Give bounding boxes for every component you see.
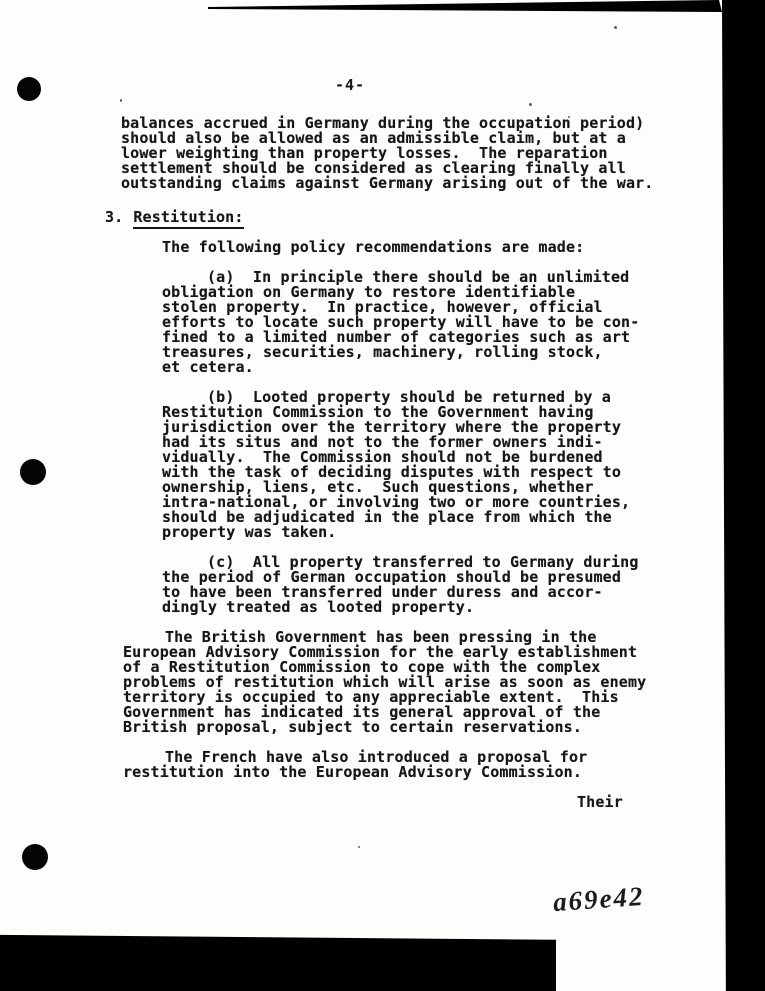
scan-edge-right (722, 0, 765, 991)
punch-hole-bottom (22, 844, 48, 870)
page-number: -4- (0, 76, 700, 94)
policy-intro: The following policy recommendations are… (162, 240, 665, 255)
scan-edge-bottom (0, 930, 556, 991)
scan-speck (614, 26, 617, 29)
paragraph-french-proposal: The French have also introduced a propos… (123, 750, 665, 780)
document-page: -4- balances accrued in Germany during t… (0, 0, 765, 991)
item-a: (a) In principle there should be an unli… (162, 270, 665, 375)
section-number: 3. (105, 208, 123, 226)
scan-speck (529, 103, 532, 106)
handwritten-code: a69e42 (552, 881, 645, 918)
paragraph-british-government: The British Government has been pressing… (123, 630, 665, 735)
section-heading: 3.Restitution: (105, 210, 665, 225)
item-b: (b) Looted property should be returned b… (162, 390, 665, 540)
paragraph-continuation: balances accrued in Germany during the o… (121, 116, 665, 191)
item-c: (c) All property transferred to Germany … (162, 555, 665, 615)
catchword: Their (577, 795, 665, 810)
punch-hole-middle (20, 459, 46, 485)
section-title: Restitution: (133, 208, 243, 229)
scan-speck (120, 99, 122, 102)
scan-speck (358, 846, 360, 848)
scan-scratch-line (0, 0, 765, 20)
text-column: balances accrued in Germany during the o… (103, 116, 665, 810)
